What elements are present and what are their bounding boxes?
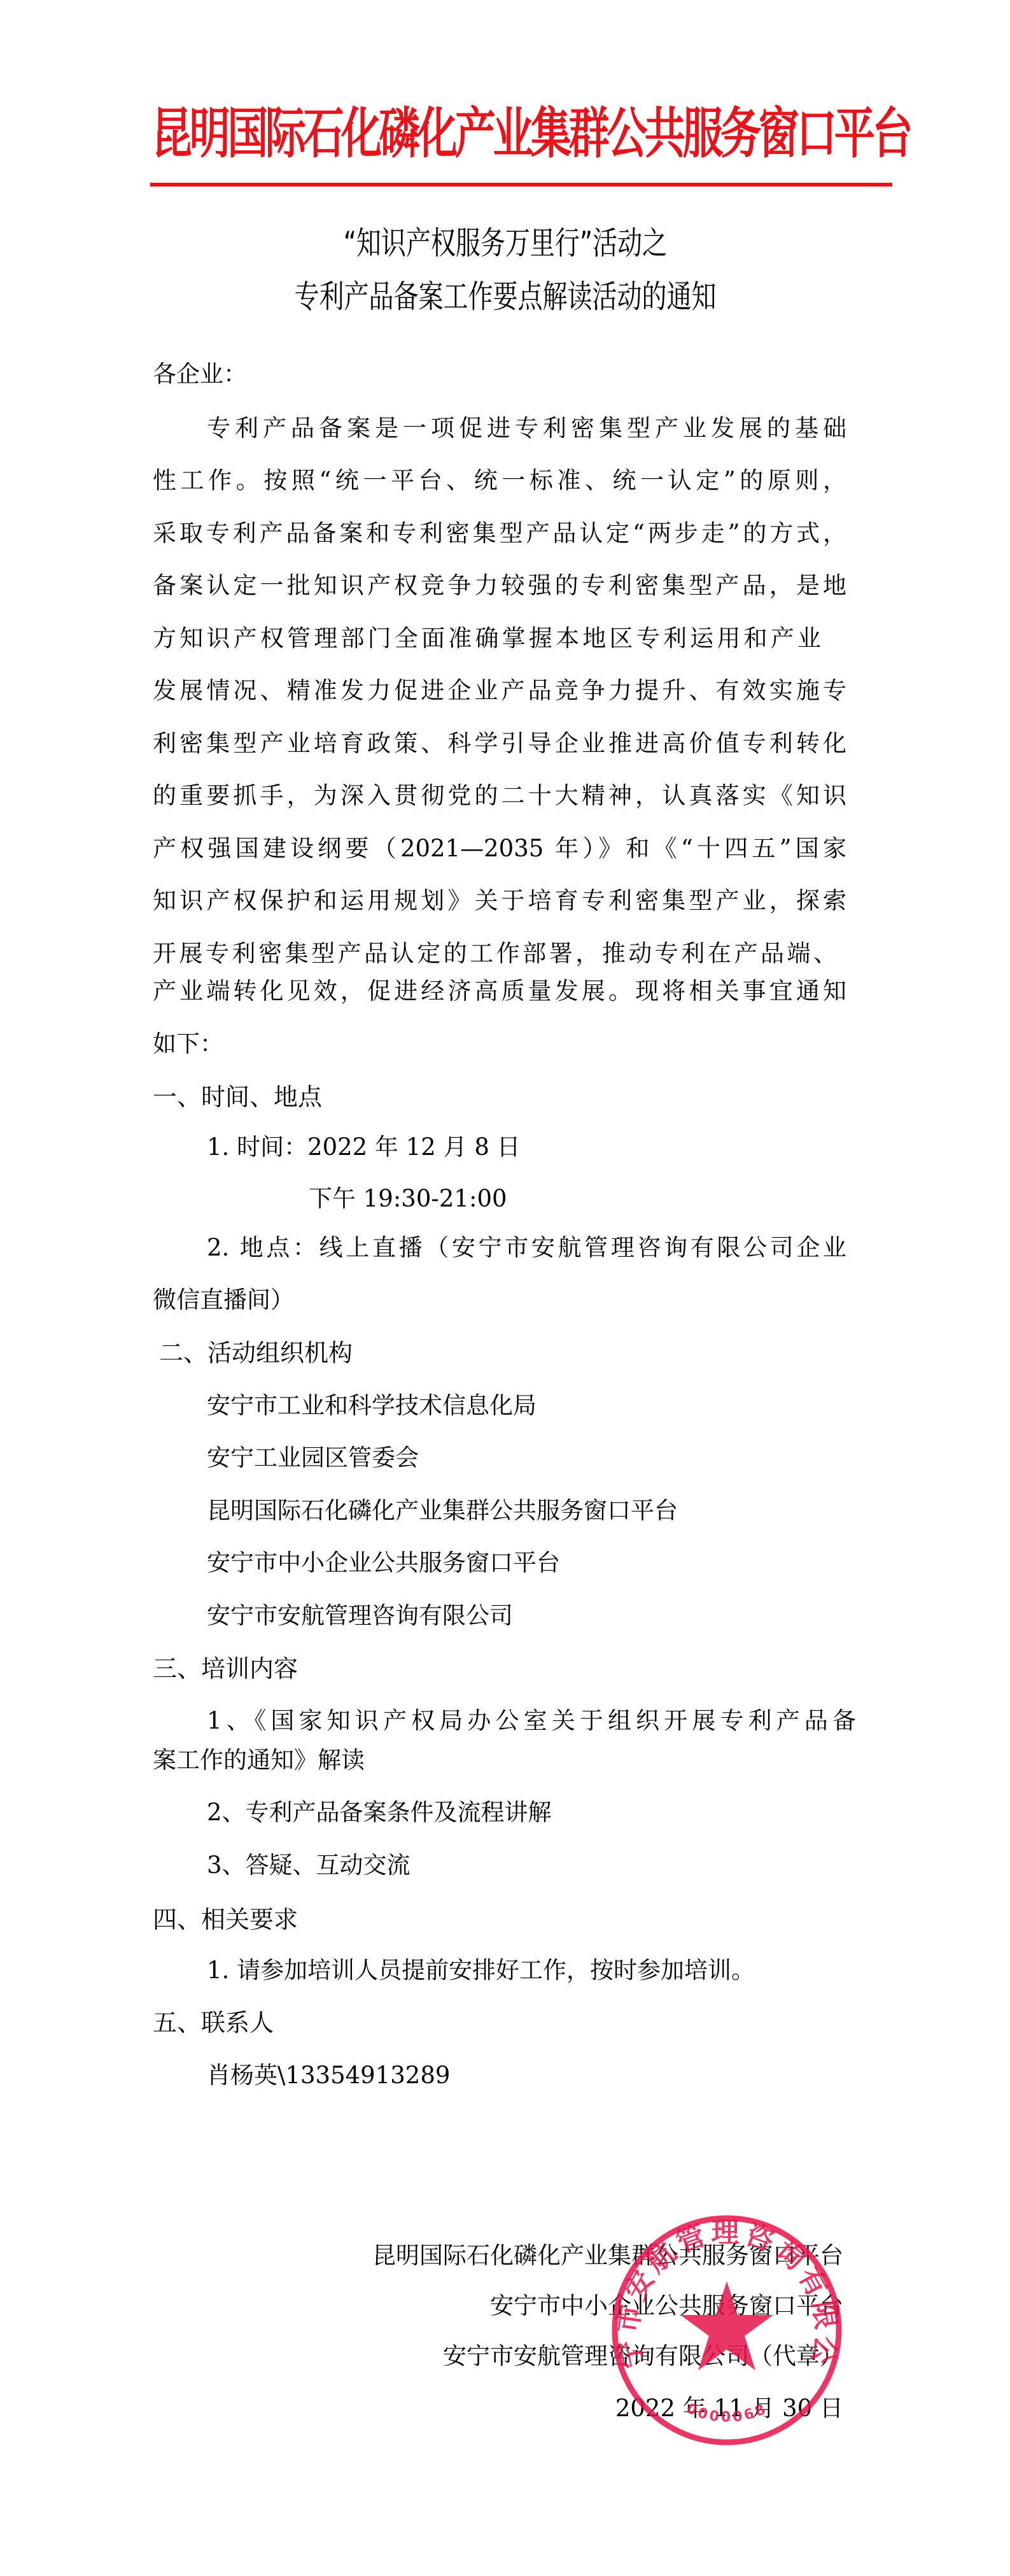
event-time-slot: 下午 19:30-21:00: [309, 1183, 507, 1215]
section-1-heading: 一、时间、地点: [153, 1081, 322, 1113]
event-place-continued: 微信直播间）: [153, 1284, 294, 1316]
document-title-line-1: “知识产权服务万里行”活动之: [0, 224, 1010, 262]
notice-document: 昆明国际石化磷化产业集群公共服务窗口平台 “知识产权服务万里行”活动之 专利产品…: [0, 0, 1010, 2576]
training-item: 3、答疑、互动交流: [207, 1850, 410, 1881]
intro-line: 专利产品备案是一项促进专利密集型产业发展的基础: [207, 413, 846, 444]
event-time: 1. 时间：2022 年 12 月 8 日: [207, 1131, 521, 1163]
intro-line: 利密集型产业培育政策、科学引导企业推进高价值专利转化: [153, 728, 846, 760]
organizer-item: 安宁市安航管理咨询有限公司: [207, 1600, 513, 1632]
intro-line: 方知识产权管理部门全面准确掌握本地区专利运用和产业: [153, 623, 821, 655]
organizer-item: 安宁市中小企业公共服务窗口平台: [207, 1547, 560, 1579]
intro-line: 采取专利产品备案和专利密集型产品认定“两步走”的方式，: [153, 518, 846, 549]
intro-line: 产业端转化见效，促进经济高质量发展。现将相关事宜通知: [153, 975, 846, 1007]
organizer-item: 安宁市工业和科学技术信息化局: [207, 1390, 537, 1422]
title-line-1-text: “知识产权服务万里行”活动之: [343, 224, 666, 262]
requirement-item: 1. 请参加培训人员提前安排好工作，按时参加培训。: [207, 1955, 755, 1986]
masthead-title: 昆明国际石化磷化产业集群公共服务窗口平台: [151, 96, 673, 172]
document-title-line-2: 专利产品备案工作要点解读活动的通知: [0, 278, 1010, 316]
intro-line: 发展情况、精准发力促进企业产品竞争力提升、有效实施专: [153, 675, 846, 707]
section-4-heading: 四、相关要求: [153, 1904, 298, 1936]
contact-person: 肖杨英\13354913289: [207, 2060, 450, 2091]
event-place: 2. 地点：线上直播（安宁市安航管理咨询有限公司企业: [207, 1232, 846, 1264]
section-5-heading: 五、联系人: [153, 2007, 274, 2039]
organizer-item: 安宁工业园区管委会: [207, 1442, 419, 1474]
section-3-heading: 三、培训内容: [153, 1653, 298, 1685]
intro-line: 产权强国建设纲要（2021—2035 年）》和《“十四五”国家: [153, 833, 846, 865]
signature-org: 安宁市安航管理咨询有限公司（代章）: [443, 2340, 843, 2372]
section-2-heading: 二、活动组织机构: [159, 1337, 353, 1369]
intro-line: 的重要抓手，为深入贯彻党的二十大精神，认真落实《知识: [153, 780, 846, 812]
signature-date: 2022 年 11 月 30 日: [615, 2393, 843, 2424]
intro-line: 知识产权保护和运用规划》关于培育专利密集型产业，探索: [153, 885, 846, 917]
intro-line: 如下：: [153, 1028, 223, 1060]
organizer-item: 昆明国际石化磷化产业集群公共服务窗口平台: [207, 1495, 678, 1527]
salutation: 各企业：: [153, 358, 247, 390]
masthead-divider: [150, 183, 892, 187]
intro-line: 备案认定一批知识产权竞争力较强的专利密集型产品，是地: [153, 570, 846, 602]
training-item: 2、专利产品备案条件及流程讲解: [207, 1797, 552, 1829]
title-line-2-text: 专利产品备案工作要点解读活动的通知: [294, 278, 716, 316]
signature-org: 安宁市中小企业公共服务窗口平台: [490, 2290, 843, 2322]
signature-org: 昆明国际石化磷化产业集群公共服务窗口平台: [372, 2240, 843, 2272]
intro-line: 性工作。按照“统一平台、统一标准、统一认定”的原则，: [153, 465, 846, 497]
intro-line: 开展专利密集型产品认定的工作部署，推动专利在产品端、: [153, 938, 837, 970]
training-item: 1、《国家知识产权局办公室关于组织开展专利产品备: [207, 1705, 856, 1737]
training-item-continued: 案工作的通知》解读: [153, 1744, 365, 1776]
